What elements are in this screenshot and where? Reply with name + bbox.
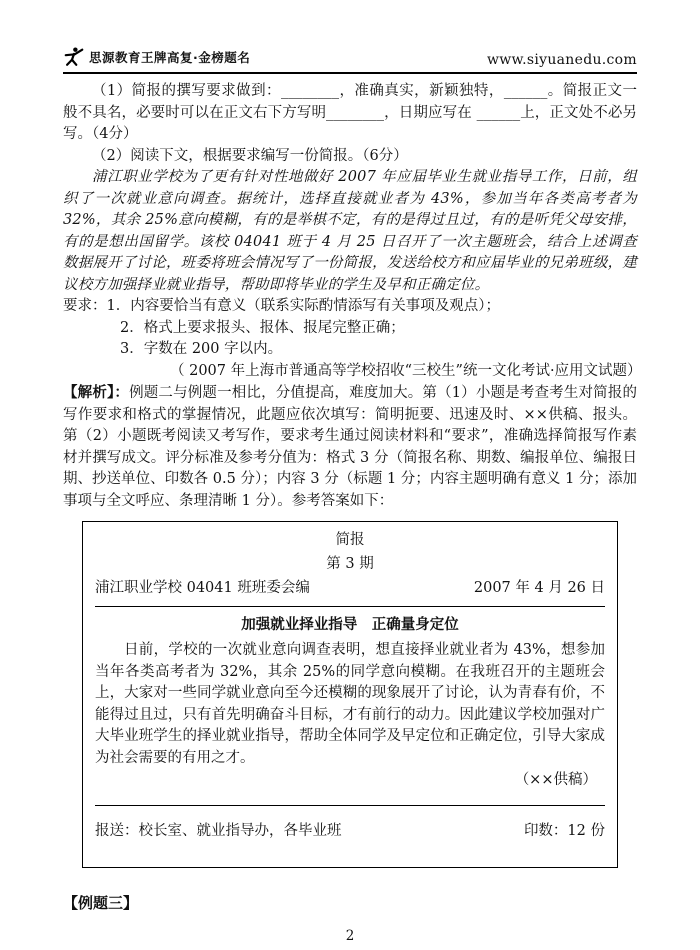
bulletin-date: 2007 年 4 月 26 日 xyxy=(474,578,605,600)
bulletin-distribution: 报送：校长室、就业指导办，各毕业班 xyxy=(95,821,342,843)
bulletin-divider-bottom xyxy=(95,805,605,806)
bulletin-footer-row: 报送：校长室、就业指导办，各毕业班 印数：12 份 xyxy=(95,821,605,868)
page-header: 思源教育王牌高复·金榜题名 www.siyuanedu.com xyxy=(63,0,637,74)
requirement-2: 2．格式上要求报头、报体、报尾完整正确； xyxy=(63,318,637,340)
bulletin-copies: 印数：12 份 xyxy=(524,821,605,843)
brand: 思源教育王牌高复·金榜题名 xyxy=(63,46,250,68)
bulletin-headline: 加强就业择业指导 正确量身定位 xyxy=(95,614,605,636)
siyuan-person-figure-icon xyxy=(63,46,85,68)
next-example-heading: 【例题三】 xyxy=(63,892,637,914)
analysis-text: 例题二与例题一相比，分值提高，难度加大。第（1）小题是考查考生对简报的写作要求和… xyxy=(63,385,637,509)
website-url: www.siyuanedu.com xyxy=(487,52,637,68)
reading-passage: 浦江职业学校为了更有针对性地做好 2007 年应届毕业生就业指导工作，日前，组织… xyxy=(63,167,637,296)
question-2: （2）阅读下文，根据要求编写一份简报。（6分） xyxy=(63,146,637,168)
question-1: （1）简报的撰写要求做到：________，准确真实，新颖独特，______。简… xyxy=(63,81,637,146)
requirement-3: 3．字数在 200 字以内。 xyxy=(63,339,637,361)
bulletin-title: 简报 xyxy=(95,530,605,552)
bulletin-byline: （××供稿） xyxy=(95,770,605,792)
exam-source: （ 2007 年上海市普通高等学校招收“三校生”统一文化考试·应用文试题） xyxy=(63,361,637,383)
bulletin-divider-top xyxy=(95,606,605,607)
bulletin-meta-row: 浦江职业学校 04041 班班委会编 2007 年 4 月 26 日 xyxy=(95,578,605,600)
analysis-label: 【解析】： xyxy=(63,384,129,401)
requirement-1: 要求：1．内容要恰当有意义（联系实际酌情添写有关事项及观点）； xyxy=(63,296,637,318)
analysis-paragraph: 【解析】：例题二与例题一相比，分值提高，难度加大。第（1）小题是考查考生对简报的… xyxy=(63,382,637,512)
brand-text: 思源教育王牌高复·金榜题名 xyxy=(89,48,250,66)
bulletin-issue: 第 3 期 xyxy=(95,554,605,576)
bulletin-editor: 浦江职业学校 04041 班班委会编 xyxy=(95,578,310,600)
page-number: 2 xyxy=(63,928,637,944)
bulletin-content: 日前，学校的一次就业意向调查表明，想直接择业就业者为 43%，想参加当年各类高考… xyxy=(95,640,605,769)
bulletin-box: 简报 第 3 期 浦江职业学校 04041 班班委会编 2007 年 4 月 2… xyxy=(82,521,618,868)
document-page: 思源教育王牌高复·金榜题名 www.siyuanedu.com （1）简报的撰写… xyxy=(0,0,700,950)
